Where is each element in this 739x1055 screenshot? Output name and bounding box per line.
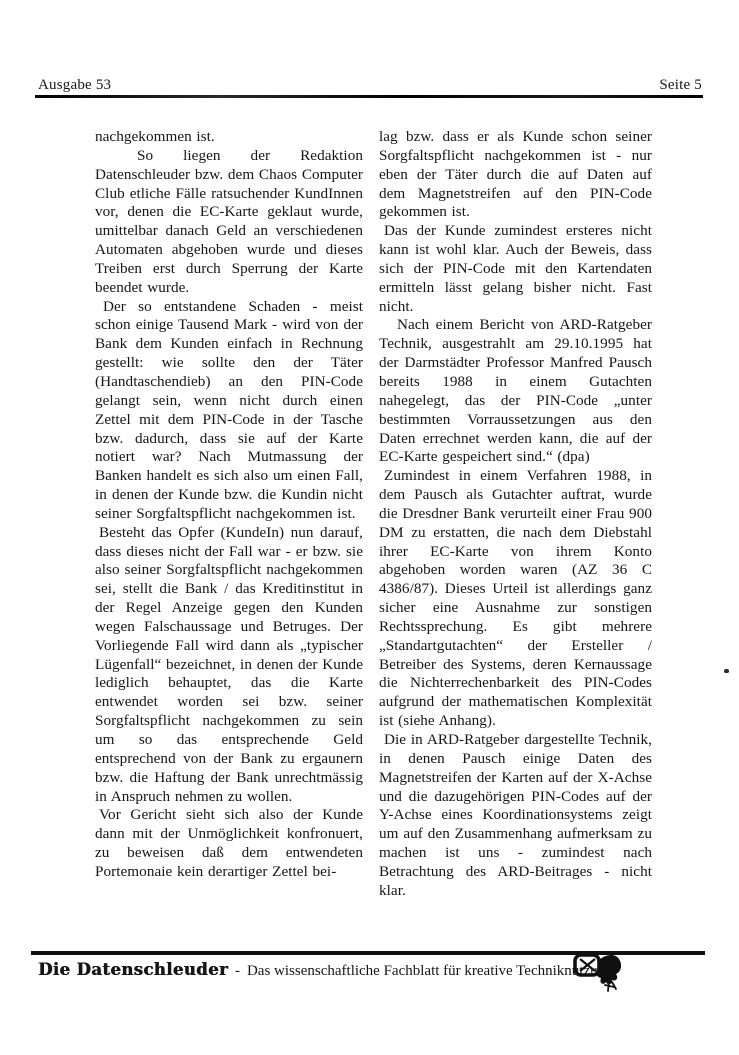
issue-label: Ausgabe 53 [38, 77, 111, 94]
page-header: Ausgabe 53 Seite 5 [38, 77, 702, 94]
paragraph: Die in ARD-Ratgeber dargestellte Technik… [379, 731, 652, 901]
article-body: nachgekommen ist.So liegen der Redaktion… [95, 128, 652, 901]
paragraph: lag bzw. dass er als Kunde schon seiner … [379, 128, 652, 222]
paragraph: So liegen der Redaktion Datenschleuder b… [95, 147, 363, 298]
column-right: lag bzw. dass er als Kunde schon seiner … [379, 128, 652, 901]
header-divider [35, 95, 703, 98]
paragraph: nachgekommen ist. [95, 128, 363, 147]
magazine-brand: Die Datenschleuder [38, 960, 228, 979]
paragraph: Zumindest in einem Verfahren 1988, in de… [379, 467, 652, 731]
paragraph: Nach einem Bericht von ARD-Ratgeber Tech… [379, 316, 652, 467]
paragraph: Besteht das Opfer (KundeIn) nun darauf, … [95, 524, 363, 807]
footer-tagline: Das wissenschaftliche Fachblatt für krea… [247, 963, 613, 980]
scan-artifact-dot [724, 669, 729, 673]
footer-separator: - [235, 963, 240, 980]
paragraph: Der so entstandene Schaden - meist schon… [95, 298, 363, 524]
page-number-label: Seite 5 [659, 77, 702, 94]
paragraph: Das der Kunde zumindest ersteres nicht k… [379, 222, 652, 316]
slingshot-stamp-icon [572, 948, 642, 1008]
paragraph: Vor Gericht sieht sich also der Kunde da… [95, 806, 363, 881]
column-left: nachgekommen ist.So liegen der Redaktion… [95, 128, 363, 901]
page-footer: Die Datenschleuder - Das wissenschaftlic… [38, 960, 613, 980]
